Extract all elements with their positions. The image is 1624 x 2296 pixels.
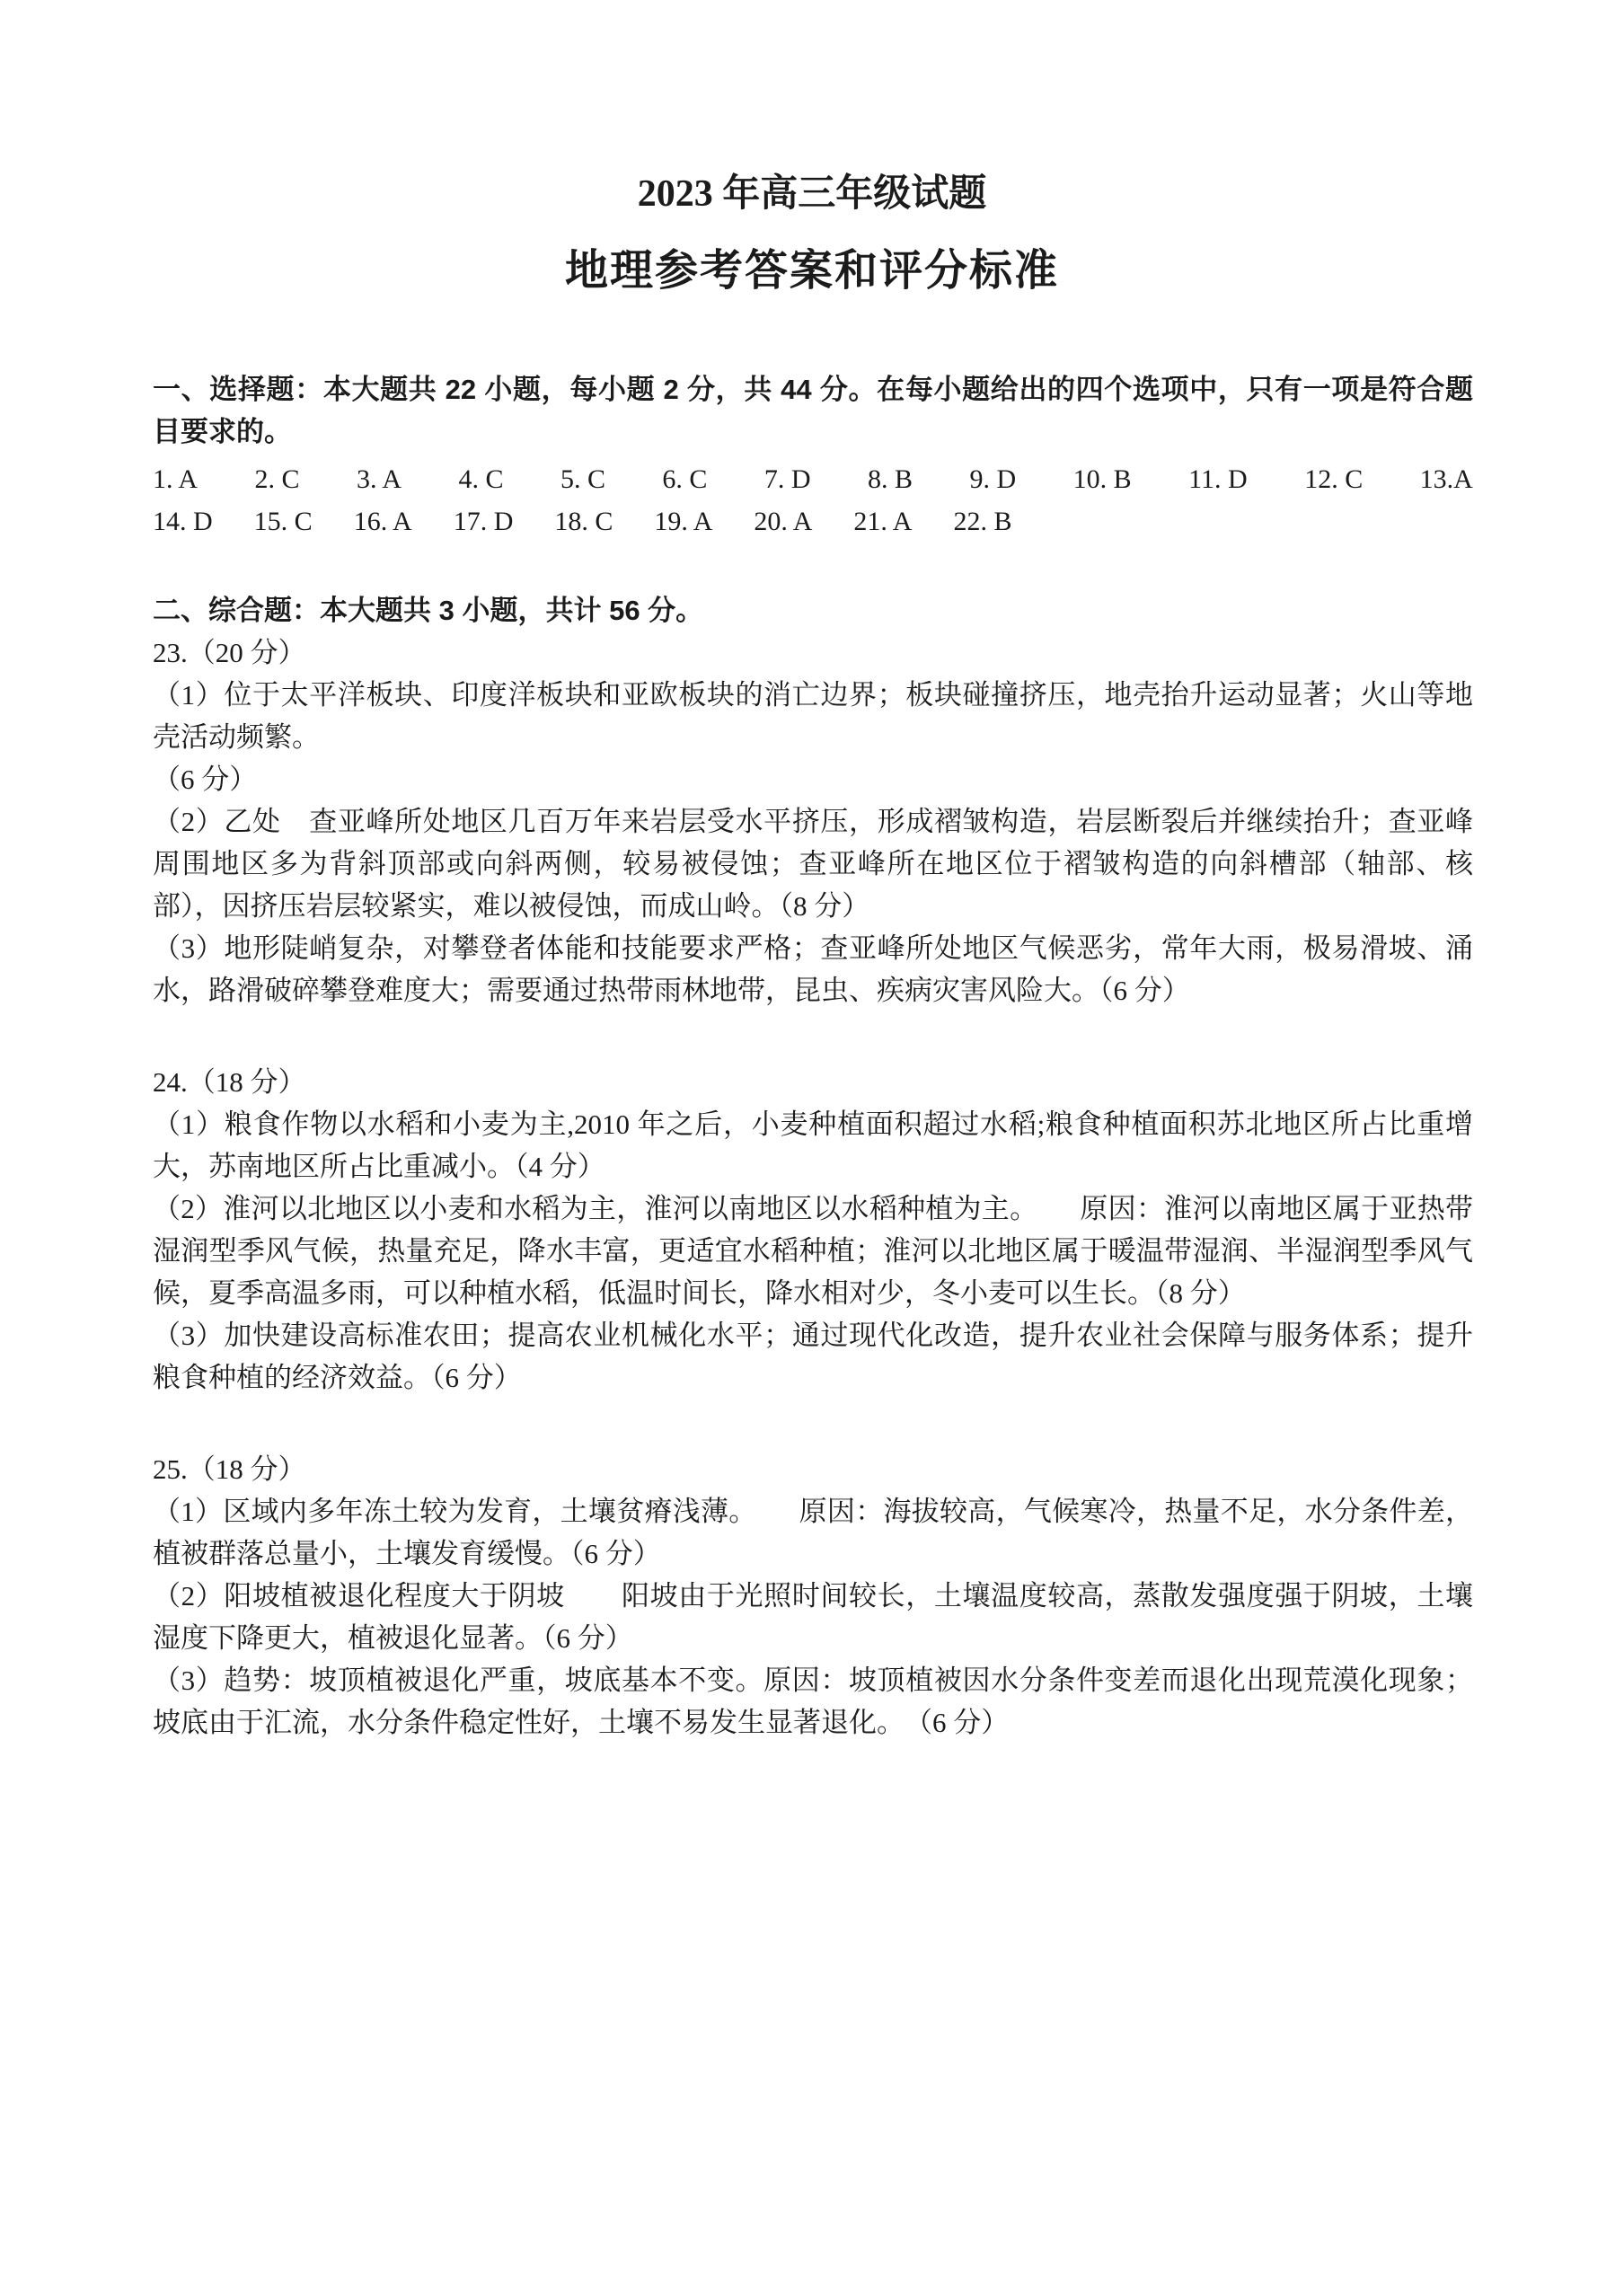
answer-key-title: 地理参考答案和评分标准 (0, 244, 1624, 298)
answer-item: 3. A (357, 458, 402, 500)
answer-item: 1. A (153, 458, 198, 500)
answer-item: 14. D (153, 500, 213, 543)
q25-answer-2: （2）阳坡植被退化程度大于阴坡 阳坡由于光照时间较长，土壤温度较高，蒸散发强度强… (153, 1575, 1473, 1659)
q23-answer-2: （2）乙处 查亚峰所处地区几百万年来岩层受水平挤压，形成褶皱构造，岩层断裂后并继… (153, 800, 1473, 927)
answer-item: 11. D (1188, 458, 1248, 500)
answer-item: 8. B (868, 458, 913, 500)
answer-item: 19. A (654, 500, 712, 543)
exam-title: 2023 年高三年级试题 (0, 169, 1624, 219)
q23-answer-3: （3）地形陡峭复杂，对攀登者体能和技能要求严格；查亚峰所处地区气候恶劣，常年大雨… (153, 927, 1473, 1011)
answer-item: 7. D (764, 458, 811, 500)
answer-item: 9. D (970, 458, 1017, 500)
q23-number: 23.（20 分） (153, 631, 1473, 674)
q25-answer-3: （3）趋势：坡顶植被退化严重，坡底基本不变。原因：坡顶植被因水分条件变差而退化出… (153, 1659, 1473, 1744)
answer-item: 13.A (1420, 458, 1473, 500)
q23-answer-1: （1）位于太平洋板块、印度洋板块和亚欧板块的消亡边界；板块碰撞挤压，地壳抬升运动… (153, 674, 1473, 758)
q25-answer-1: （1）区域内多年冻土较为发育，土壤贫瘠浅薄。 原因：海拔较高，气候寒冷，热量不足… (153, 1490, 1473, 1575)
answer-item: 6. C (662, 458, 707, 500)
document-content: 一、选择题：本大题共 22 小题，每小题 2 分，共 44 分。在每小题给出的四… (0, 368, 1624, 1744)
answer-item: 15. C (254, 500, 313, 543)
q25-number: 25.（18 分） (153, 1448, 1473, 1490)
answer-item: 17. D (454, 500, 514, 543)
answer-item: 12. C (1304, 458, 1363, 500)
q24-answer-2: （2）淮河以北地区以小麦和水稻为主，淮河以南地区以水稻种植为主。 原因：淮河以南… (153, 1188, 1473, 1314)
choice-answers-row-1: 1. A 2. C 3. A 4. C 5. C 6. C 7. D 8. B … (153, 458, 1473, 500)
q24-number: 24.（18 分） (153, 1061, 1473, 1103)
q24-answer-3: （3）加快建设高标准农田；提高农业机械化水平；通过现代化改造，提升农业社会保障与… (153, 1314, 1473, 1399)
answer-item: 5. C (560, 458, 605, 500)
choice-answers-row-2: 14. D 15. C 16. A 17. D 18. C 19. A 20. … (153, 500, 1473, 543)
answer-item: 18. C (554, 500, 613, 543)
answer-item: 2. C (254, 458, 299, 500)
answer-item: 21. A (853, 500, 912, 543)
q24-answer-1: （1）粮食作物以水稻和小麦为主,2010 年之后，小麦种植面积超过水稻;粮食种植… (153, 1103, 1473, 1188)
answer-item: 10. B (1073, 458, 1132, 500)
answer-item: 22. B (953, 500, 1011, 543)
answer-item: 16. A (354, 500, 412, 543)
answer-item: 20. A (754, 500, 812, 543)
section1-heading: 一、选择题：本大题共 22 小题，每小题 2 分，共 44 分。在每小题给出的四… (153, 368, 1473, 453)
document-page: 2023 年高三年级试题 地理参考答案和评分标准 一、选择题：本大题共 22 小… (0, 0, 1624, 2296)
q23-answer-1-score: （6 分） (153, 758, 1473, 800)
answer-item: 4. C (458, 458, 503, 500)
section2-heading: 二、综合题：本大题共 3 小题，共计 56 分。 (153, 589, 1473, 631)
